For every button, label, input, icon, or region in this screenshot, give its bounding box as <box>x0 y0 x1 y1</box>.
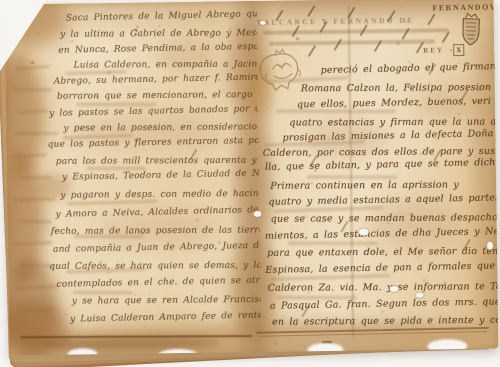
photograph-of-manuscript: Saca Pintores de la Miguel Abrego que co… <box>0 0 500 367</box>
manuscript-line: mientos, a las estancias de dha Jueces y… <box>265 227 499 243</box>
manuscript-line: y Amoro a Neiva, Alcaldes ordinarios de … <box>55 205 261 220</box>
manuscript-line: y Espinosa, Teodora de la Ciudad de Neiv… <box>62 169 262 184</box>
manuscript-line: pereció el abogado el que firmando que <box>320 61 498 76</box>
coat-of-arms-stamp-icon <box>457 10 484 49</box>
manuscript-line: Romana Calzon la, Felisipa posesion <box>301 83 491 95</box>
manuscript-line: y Luisa Calderon Amparo fee de rente par… <box>70 311 262 326</box>
paper-hole <box>487 242 493 250</box>
manuscript-line: prosigan las misiones a la defecta Doña … <box>282 128 498 144</box>
manuscript-line: y se hara que se ren Alcalde Francisco C… <box>72 296 262 308</box>
manuscript-line: fecho, mas de lanos posesion de las tier… <box>51 226 262 237</box>
paper-hole <box>253 211 261 217</box>
manuscript-line: para los dos mill trescientos quarenta y… <box>56 156 262 167</box>
manuscript-line: Calderon Za. via. Ma. y se informaran te… <box>268 282 499 294</box>
manuscript-line: que se case y se mandan buenas despachos <box>271 213 499 225</box>
paper-hole <box>260 21 266 25</box>
manuscript-top-sheet: Saca Pintores de la Miguel Abrego que co… <box>5 0 499 355</box>
manuscript-line: qual Cafeos, se hara quien se demas, y l… <box>49 262 261 273</box>
manuscript-line: Luisa Calderon, en compañia a Jacinta de <box>73 60 261 71</box>
manuscript-line: contemplados en el che. de quien se atre… <box>56 275 261 290</box>
manuscript-line: y la ultima a Gabriel de Abrego y Mesoza… <box>60 29 261 41</box>
manuscript-line: y pese en la posesion, en consideracion … <box>63 123 261 134</box>
manuscript-line: Abrego, su hermana, por hazer f. Ramires… <box>54 73 262 88</box>
manuscript-line: quatro estancias y firman que la una amo… <box>289 117 498 129</box>
manuscript-line: and compañia a Juan de Abrego, Jueza de … <box>53 241 262 255</box>
manuscript-line: borraron que se mencionaron, el cargo en… <box>57 90 262 102</box>
manuscript-line: que los pastos y flerores entraron asta … <box>47 136 261 151</box>
manuscript-line: en Nunca, Rose Pendima, a la oba españa … <box>58 42 261 57</box>
manuscript-line: y pagaron y desps. con medio de hacina p… <box>60 190 261 202</box>
manuscript-line: en la escriptura que se pida e intente y… <box>272 315 498 328</box>
printed-rey-label: REY <box>423 46 444 54</box>
manuscript-line: Espinosa, la esencia de pan a formales q… <box>265 261 498 276</box>
manuscript-line: a Pasqual Ga. fran. Segun los dos mrs. q… <box>270 296 499 312</box>
manuscript-line: para que entaxen dole, el Me señor dio t… <box>267 246 498 259</box>
faded-print-row <box>263 28 449 35</box>
manuscript-line: lla, que se abitan, y para que se tome d… <box>265 157 499 173</box>
manuscript-line: y los pastos se las quartos banados por … <box>49 104 261 119</box>
manuscript-line: quatro y media estancias a aquel las par… <box>268 193 498 209</box>
right-page: FERNANDOVI VALCARCE Y FERNANDO DE REY X … <box>257 0 499 352</box>
printed-header-title: VALCARCE Y FERNANDO DE <box>257 16 415 27</box>
manuscript-line: Primera continuen en la aprission y <box>270 180 459 192</box>
manuscript-line: Saca Pintores de la Miguel Abrego que co… <box>66 9 262 24</box>
manuscript-line: que ellos, pues Mordez, buenos, veri vos… <box>297 96 499 111</box>
left-page: Saca Pintores de la Miguel Abrego que co… <box>5 1 262 355</box>
